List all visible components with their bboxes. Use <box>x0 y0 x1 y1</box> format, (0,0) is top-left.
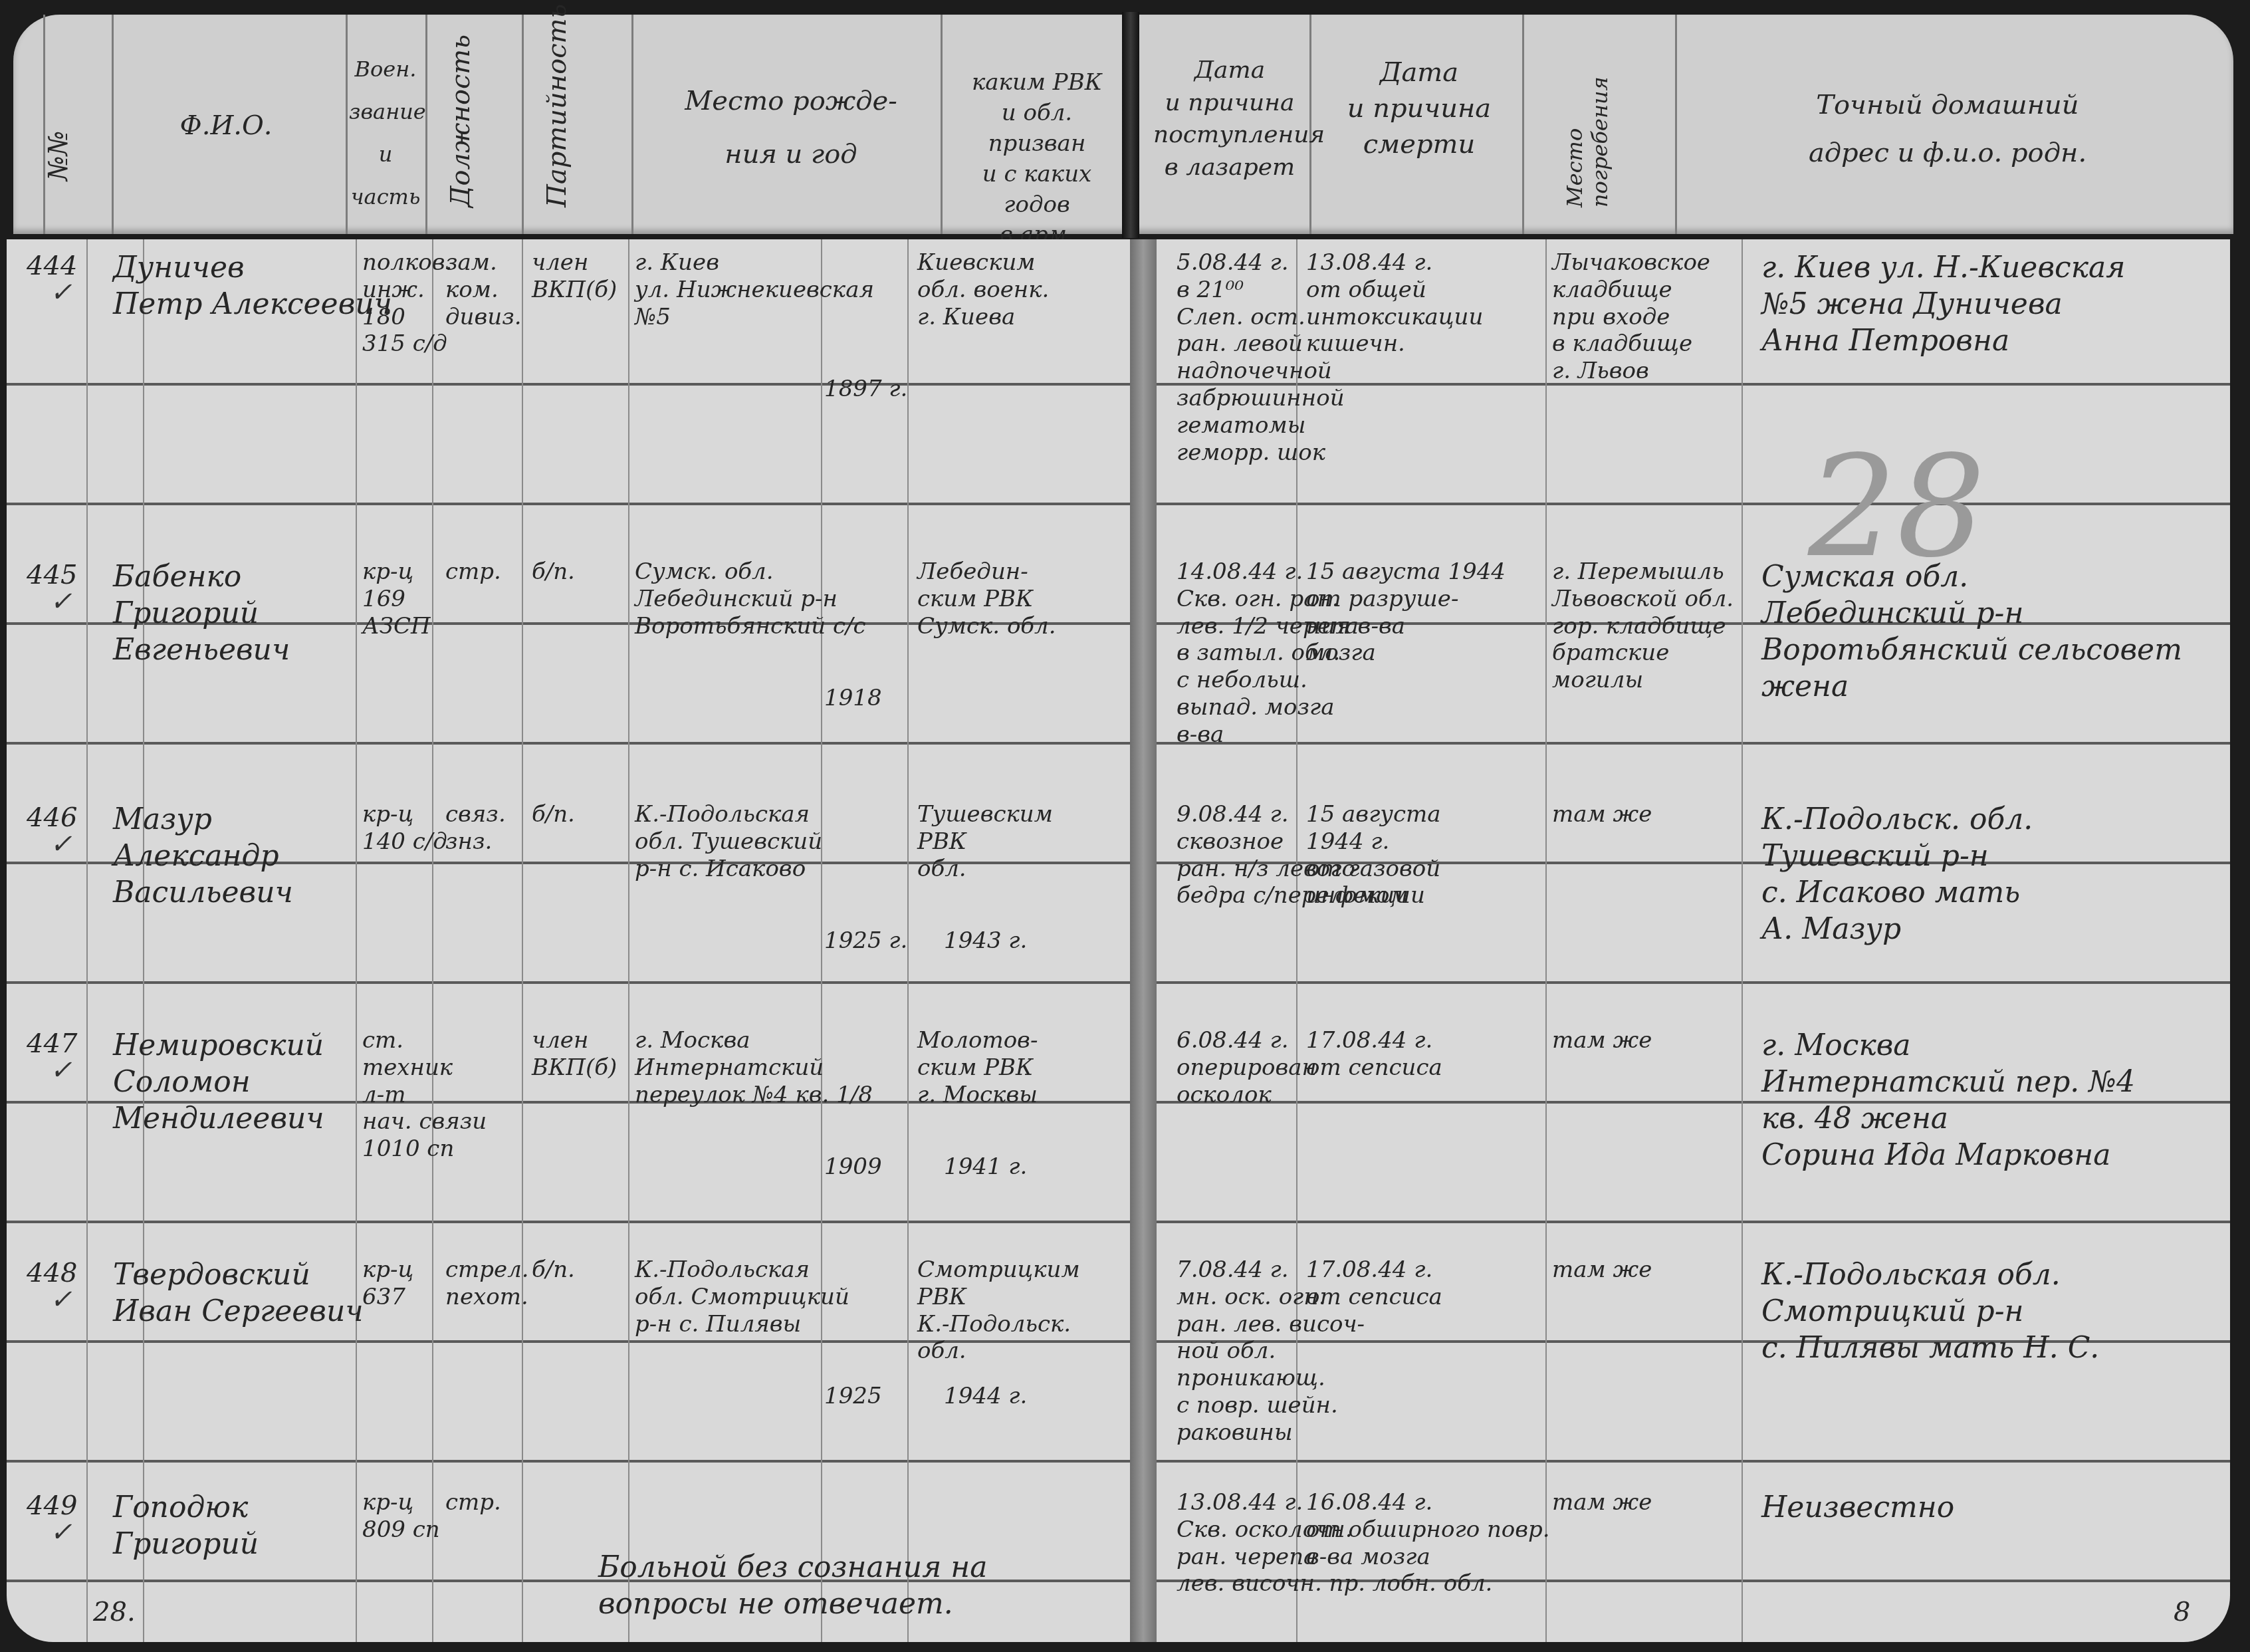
header-position: Должность <box>445 35 476 207</box>
entry-home-address: г. Киев ул. Н.-Киевская №5 жена Дуничева… <box>1761 249 2125 359</box>
entry-home-address: г. Москва Интернатский пер. №4 кв. 48 же… <box>1761 1027 2135 1173</box>
entry-death: 13.08.44 г. от общей интоксикации кишечн… <box>1306 249 1483 358</box>
column-line <box>1545 239 1547 1642</box>
column-line <box>143 239 144 1642</box>
header-birth-place-year: Место рожде- ния и год <box>651 74 931 181</box>
entry-position: стр. <box>445 558 501 586</box>
entry-burial: г. Перемышль Львовской обл. гор. кладбищ… <box>1552 558 1734 694</box>
entry-conscription: Смотрицким РВК К.-Подольск. обл. <box>917 1256 1080 1365</box>
entry-burial: там же <box>1552 1027 1652 1054</box>
entry-party: член ВКП(б) <box>532 1027 617 1082</box>
entry-home-address: К.-Подольск. обл. Тушевский р-н с. Исако… <box>1761 801 2033 947</box>
entry-home-address: Неизвестно <box>1761 1489 1954 1526</box>
entry-death: 15 августа 1944 г. от газовой инфекции <box>1306 801 1441 909</box>
entry-conscription-year: 1943 г. <box>944 927 1027 955</box>
header-name: Ф.И.О. <box>120 108 332 144</box>
left-footer-number: 28. <box>93 1595 136 1629</box>
entry-rank-unit: кр-ц 809 сп <box>362 1489 440 1544</box>
entry-rank-unit: кр-ц 637 <box>362 1256 413 1311</box>
header-conscription: каким РВК и обл. призван и с каких годов… <box>951 68 1123 251</box>
entry-birth-place: Сумск. обл. Лебединский р-н Воротьбянски… <box>635 558 866 640</box>
entry-burial: там же <box>1552 801 1652 828</box>
check-mark: ✓ <box>50 828 72 861</box>
column-line <box>522 239 523 1642</box>
header-admission: Дата и причина поступления в лазарет <box>1153 55 1306 183</box>
column-line <box>1742 239 1743 1642</box>
entry-position: стрел. пехот. <box>445 1256 529 1311</box>
check-mark: ✓ <box>50 1283 72 1316</box>
entry-rank-unit: кр-ц 169 АЗСП <box>362 558 431 640</box>
column-line <box>432 239 433 1642</box>
entry-rank-unit: кр-ц 140 с/д <box>362 801 447 856</box>
entry-birth-year: 1897 г. <box>824 376 907 403</box>
entry-position: стр. <box>445 1489 501 1516</box>
entry-home-address: Сумская обл. Лебединский р-н Воротьбянск… <box>1761 558 2182 705</box>
entry-birth-place: г. Киев ул. Нижнекиевская №5 <box>635 249 874 330</box>
entry-note: Больной без сознания на вопросы не отвеч… <box>598 1549 987 1622</box>
header-number: №№ <box>43 130 74 181</box>
entry-rank-unit: полков. инж. 180 315 с/д <box>362 249 452 358</box>
entry-death: 17.08.44 г. от сепсиса <box>1306 1027 1442 1082</box>
entry-admission: 6.08.44 г. оперирован осколок <box>1177 1027 1317 1108</box>
entry-position: связ. знз. <box>445 801 506 856</box>
entry-birth-place: К.-Подольская обл. Тушевский р-н с. Исак… <box>635 801 822 882</box>
entry-party: б/п. <box>532 558 575 586</box>
entry-death: 15 августа 1944 от разруше- ния в-ва моз… <box>1306 558 1506 667</box>
header-burial: Место погребения <box>1562 76 1613 207</box>
header-divider <box>1522 15 1524 234</box>
entry-conscription-year: 1941 г. <box>944 1153 1027 1181</box>
entry-birth-place: г. Москва Интернатский переулок №4 кв. 1… <box>635 1027 873 1108</box>
header-rank-unit: Воен. звание и часть <box>349 48 422 218</box>
header-party: Партийность <box>542 4 572 207</box>
header-divider <box>425 15 427 234</box>
check-mark: ✓ <box>50 1516 72 1549</box>
entry-name: Дуничев Петр Алексеевич <box>113 249 392 322</box>
column-line <box>86 239 88 1642</box>
entry-birth-year: 1918 <box>824 685 882 712</box>
entry-birth-year: 1925 г. <box>824 927 907 955</box>
entry-burial: там же <box>1552 1256 1652 1284</box>
entry-birth-year: 1909 <box>824 1153 882 1181</box>
header-divider <box>941 15 943 234</box>
entry-conscription: Киевским обл. военк. г. Киева <box>917 249 1049 330</box>
header-death: Дата и причина смерти <box>1326 55 1512 162</box>
page-tear <box>1122 12 1139 238</box>
right-footer-number: 8 <box>2174 1595 2190 1629</box>
header-divider <box>112 15 114 234</box>
entry-party: член ВКП(б) <box>532 249 617 304</box>
entry-name: Гоподюк Григорий <box>113 1489 259 1562</box>
entry-death: 16.08.44 г. от обширного повр. в-ва мозг… <box>1306 1489 1550 1570</box>
entry-burial: Лычаковское кладбище при входе в кладбищ… <box>1552 249 1710 385</box>
entry-position: зам. ком. дивиз. <box>445 249 521 330</box>
entry-burial: там же <box>1552 1489 1652 1516</box>
entry-party: б/п. <box>532 801 575 828</box>
header-divider <box>522 15 524 234</box>
entry-birth-place: К.-Подольская обл. Смотрицкий р-н с. Пил… <box>635 1256 849 1338</box>
entry-conscription: Тушевским РВК обл. <box>917 801 1053 882</box>
entry-conscription: Молотов- ским РВК г. Москвы <box>917 1027 1038 1108</box>
entry-name: Немировский Соломон Мендилеевич <box>113 1027 324 1137</box>
entry-home-address: К.-Подольская обл. Смотрицкий р-н с. Пил… <box>1761 1256 2099 1366</box>
header-home-address: Точный домашний адрес и ф.и.о. родн. <box>1715 81 2180 177</box>
entry-death: 17.08.44 г. от сепсиса <box>1306 1256 1442 1311</box>
entry-party: б/п. <box>532 1256 575 1284</box>
check-mark: ✓ <box>50 276 72 309</box>
entry-name: Твердовский Иван Сергеевич <box>113 1256 364 1330</box>
column-line <box>821 239 822 1642</box>
check-mark: ✓ <box>50 1054 72 1087</box>
header-divider <box>631 15 633 234</box>
entry-conscription: Лебедин- ским РВК Сумск. обл. <box>917 558 1056 640</box>
header-divider <box>346 15 348 234</box>
entry-birth-year: 1925 <box>824 1383 882 1410</box>
column-line <box>356 239 357 1642</box>
entry-name: Бабенко Григорий Евгеньевич <box>113 558 290 668</box>
header-divider <box>43 15 45 234</box>
column-line <box>628 239 629 1642</box>
header-divider <box>1675 15 1677 234</box>
entry-name: Мазур Александр Васильевич <box>113 801 293 911</box>
entry-rank-unit: ст. техник л-т нач. связи 1010 сп <box>362 1027 487 1163</box>
check-mark: ✓ <box>50 585 72 618</box>
entry-conscription-year: 1944 г. <box>944 1383 1027 1410</box>
